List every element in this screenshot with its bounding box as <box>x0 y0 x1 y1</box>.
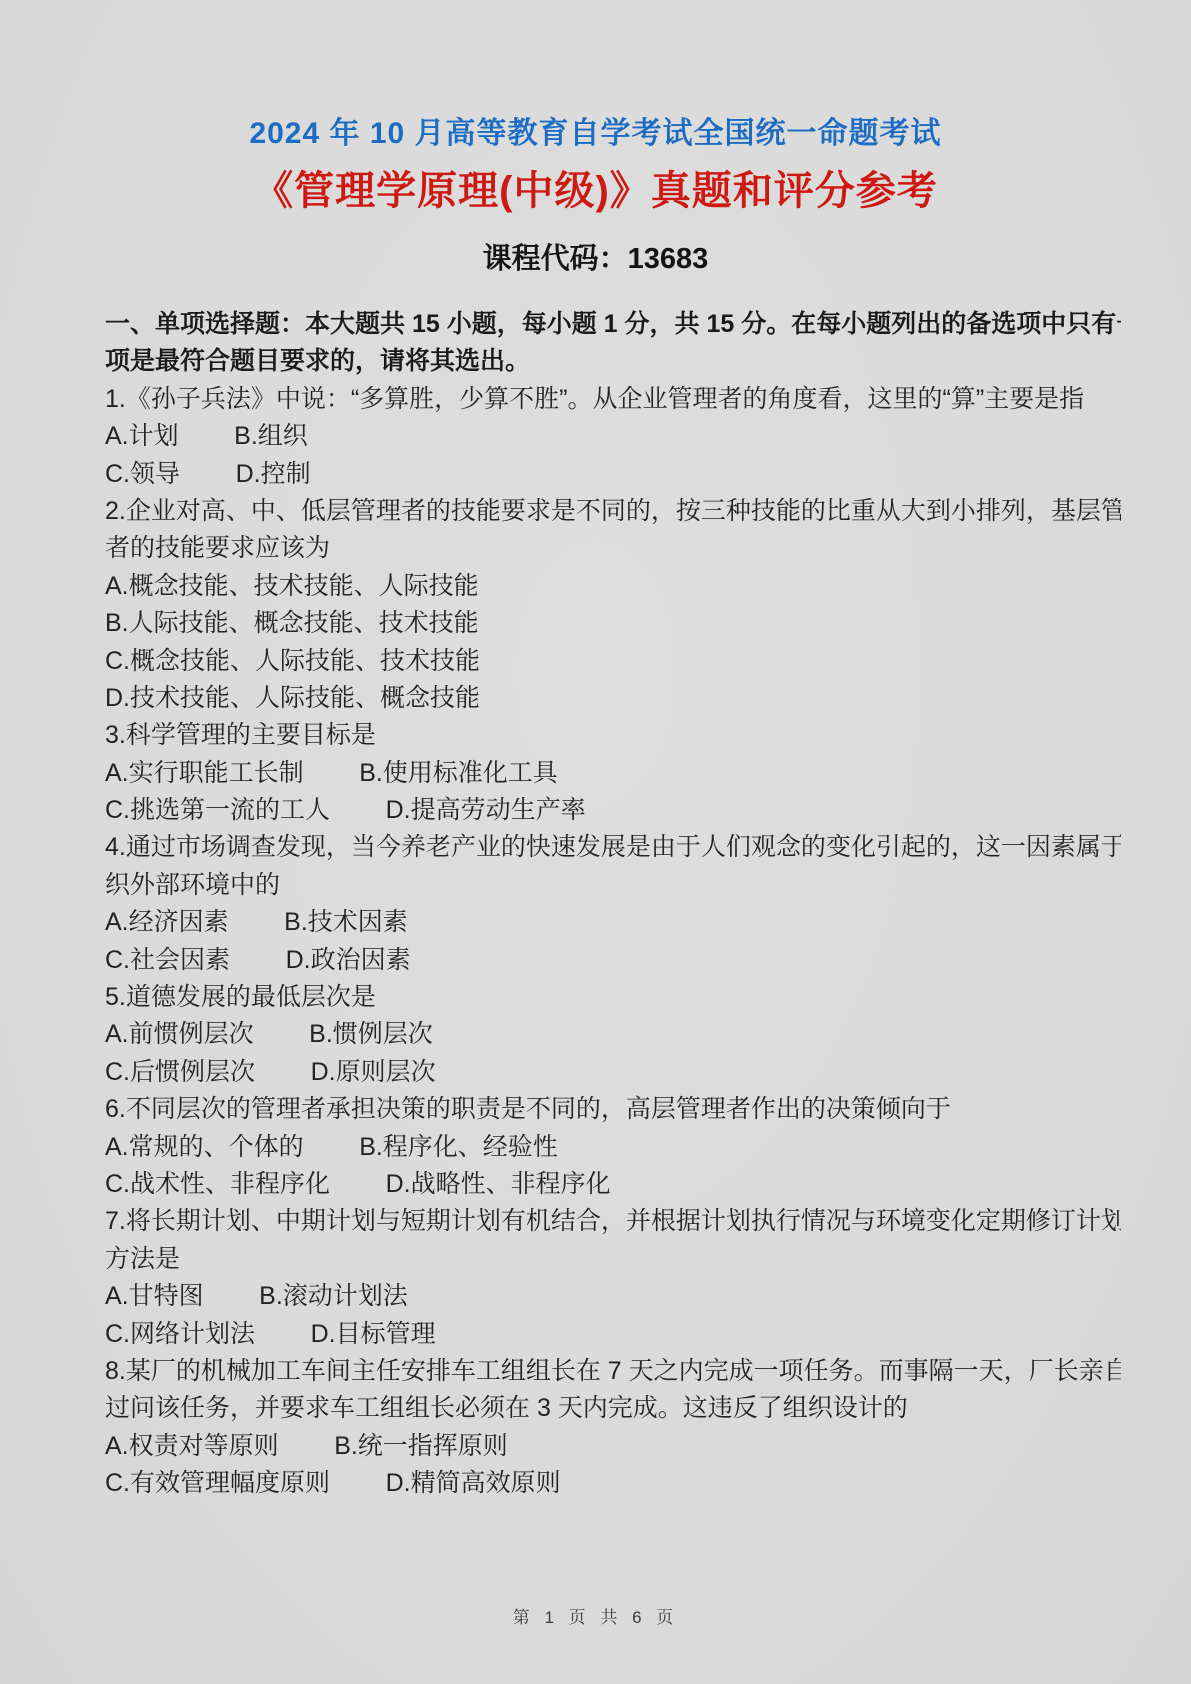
exam-session-title: 2024 年 10 月高等教育自学考试全国统一命题考试 <box>0 112 1191 156</box>
section-heading-line: 项是最符合题目要求的，请将其选出。 <box>105 343 1121 380</box>
question-4-stem-cont: 织外部环境中的 <box>105 867 1121 904</box>
question-8-stem-cont: 过问该任务，并要求车工组组长必须在 3 天内完成。这违反了组织设计的 <box>105 1390 1121 1427</box>
section-heading-line: 一、单项选择题：本大题共 15 小题，每小题 1 分，共 15 分。在每小题列出… <box>105 306 1121 343</box>
question-2-option-b: B.人际技能、概念技能、技术技能 <box>105 605 1121 642</box>
question-6-options-ab: A.常规的、个体的 B.程序化、经验性 <box>105 1129 1121 1166</box>
paper-title: 《管理学原理(中级)》真题和评分参考 <box>0 164 1191 218</box>
question-8-stem: 8.某厂的机械加工车间主任安排车工组组长在 7 天之内完成一项任务。而事隔一天，… <box>105 1353 1121 1390</box>
question-5-options-cd: C.后惯例层次 D.原则层次 <box>105 1054 1121 1091</box>
question-3-options-ab: A.实行职能工长制 B.使用标准化工具 <box>105 755 1121 792</box>
question-4-stem: 4.通过市场调查发现，当今养老产业的快速发展是由于人们观念的变化引起的，这一因素… <box>105 829 1121 866</box>
question-1-stem: 1.《孙子兵法》中说：“多算胜，少算不胜”。从企业管理者的角度看，这里的“算”主… <box>105 381 1121 418</box>
question-7-options-ab: A.甘特图 B.滚动计划法 <box>105 1278 1121 1315</box>
question-2-option-c: C.概念技能、人际技能、技术技能 <box>105 643 1121 680</box>
question-1-options-cd: C.领导 D.控制 <box>105 456 1121 493</box>
question-5-stem: 5.道德发展的最低层次是 <box>105 979 1121 1016</box>
question-2-stem: 2.企业对高、中、低层管理者的技能要求是不同的，按三种技能的比重从大到小排列，基… <box>105 493 1121 530</box>
course-code: 课程代码：13683 <box>0 238 1191 280</box>
question-1-options-ab: A.计划 B.组织 <box>105 418 1121 455</box>
question-2-option-a: A.概念技能、技术技能、人际技能 <box>105 568 1121 605</box>
question-6-options-cd: C.战术性、非程序化 D.战略性、非程序化 <box>105 1166 1121 1203</box>
question-body: 一、单项选择题：本大题共 15 小题，每小题 1 分，共 15 分。在每小题列出… <box>105 306 1121 1503</box>
question-4-options-cd: C.社会因素 D.政治因素 <box>105 942 1121 979</box>
question-5-options-ab: A.前惯例层次 B.惯例层次 <box>105 1016 1121 1053</box>
page-number: 第 1 页 共 6 页 <box>0 1603 1191 1628</box>
question-4-options-ab: A.经济因素 B.技术因素 <box>105 904 1121 941</box>
question-3-options-cd: C.挑选第一流的工人 D.提高劳动生产率 <box>105 792 1121 829</box>
question-8-options-ab: A.权责对等原则 B.统一指挥原则 <box>105 1428 1121 1465</box>
question-7-options-cd: C.网络计划法 D.目标管理 <box>105 1316 1121 1353</box>
paper-header: 2024 年 10 月高等教育自学考试全国统一命题考试 《管理学原理(中级)》真… <box>0 0 1191 280</box>
question-7-stem-cont: 方法是 <box>105 1241 1121 1278</box>
question-3-stem: 3.科学管理的主要目标是 <box>105 717 1121 754</box>
question-2-option-d: D.技术技能、人际技能、概念技能 <box>105 680 1121 717</box>
exam-paper-page: 2024 年 10 月高等教育自学考试全国统一命题考试 《管理学原理(中级)》真… <box>0 0 1191 1684</box>
question-8-options-cd: C.有效管理幅度原则 D.精简高效原则 <box>105 1465 1121 1502</box>
question-6-stem: 6.不同层次的管理者承担决策的职责是不同的，高层管理者作出的决策倾向于 <box>105 1091 1121 1128</box>
question-2-stem-cont: 者的技能要求应该为 <box>105 530 1121 567</box>
question-7-stem: 7.将长期计划、中期计划与短期计划有机结合，并根据计划执行情况与环境变化定期修订… <box>105 1203 1121 1240</box>
